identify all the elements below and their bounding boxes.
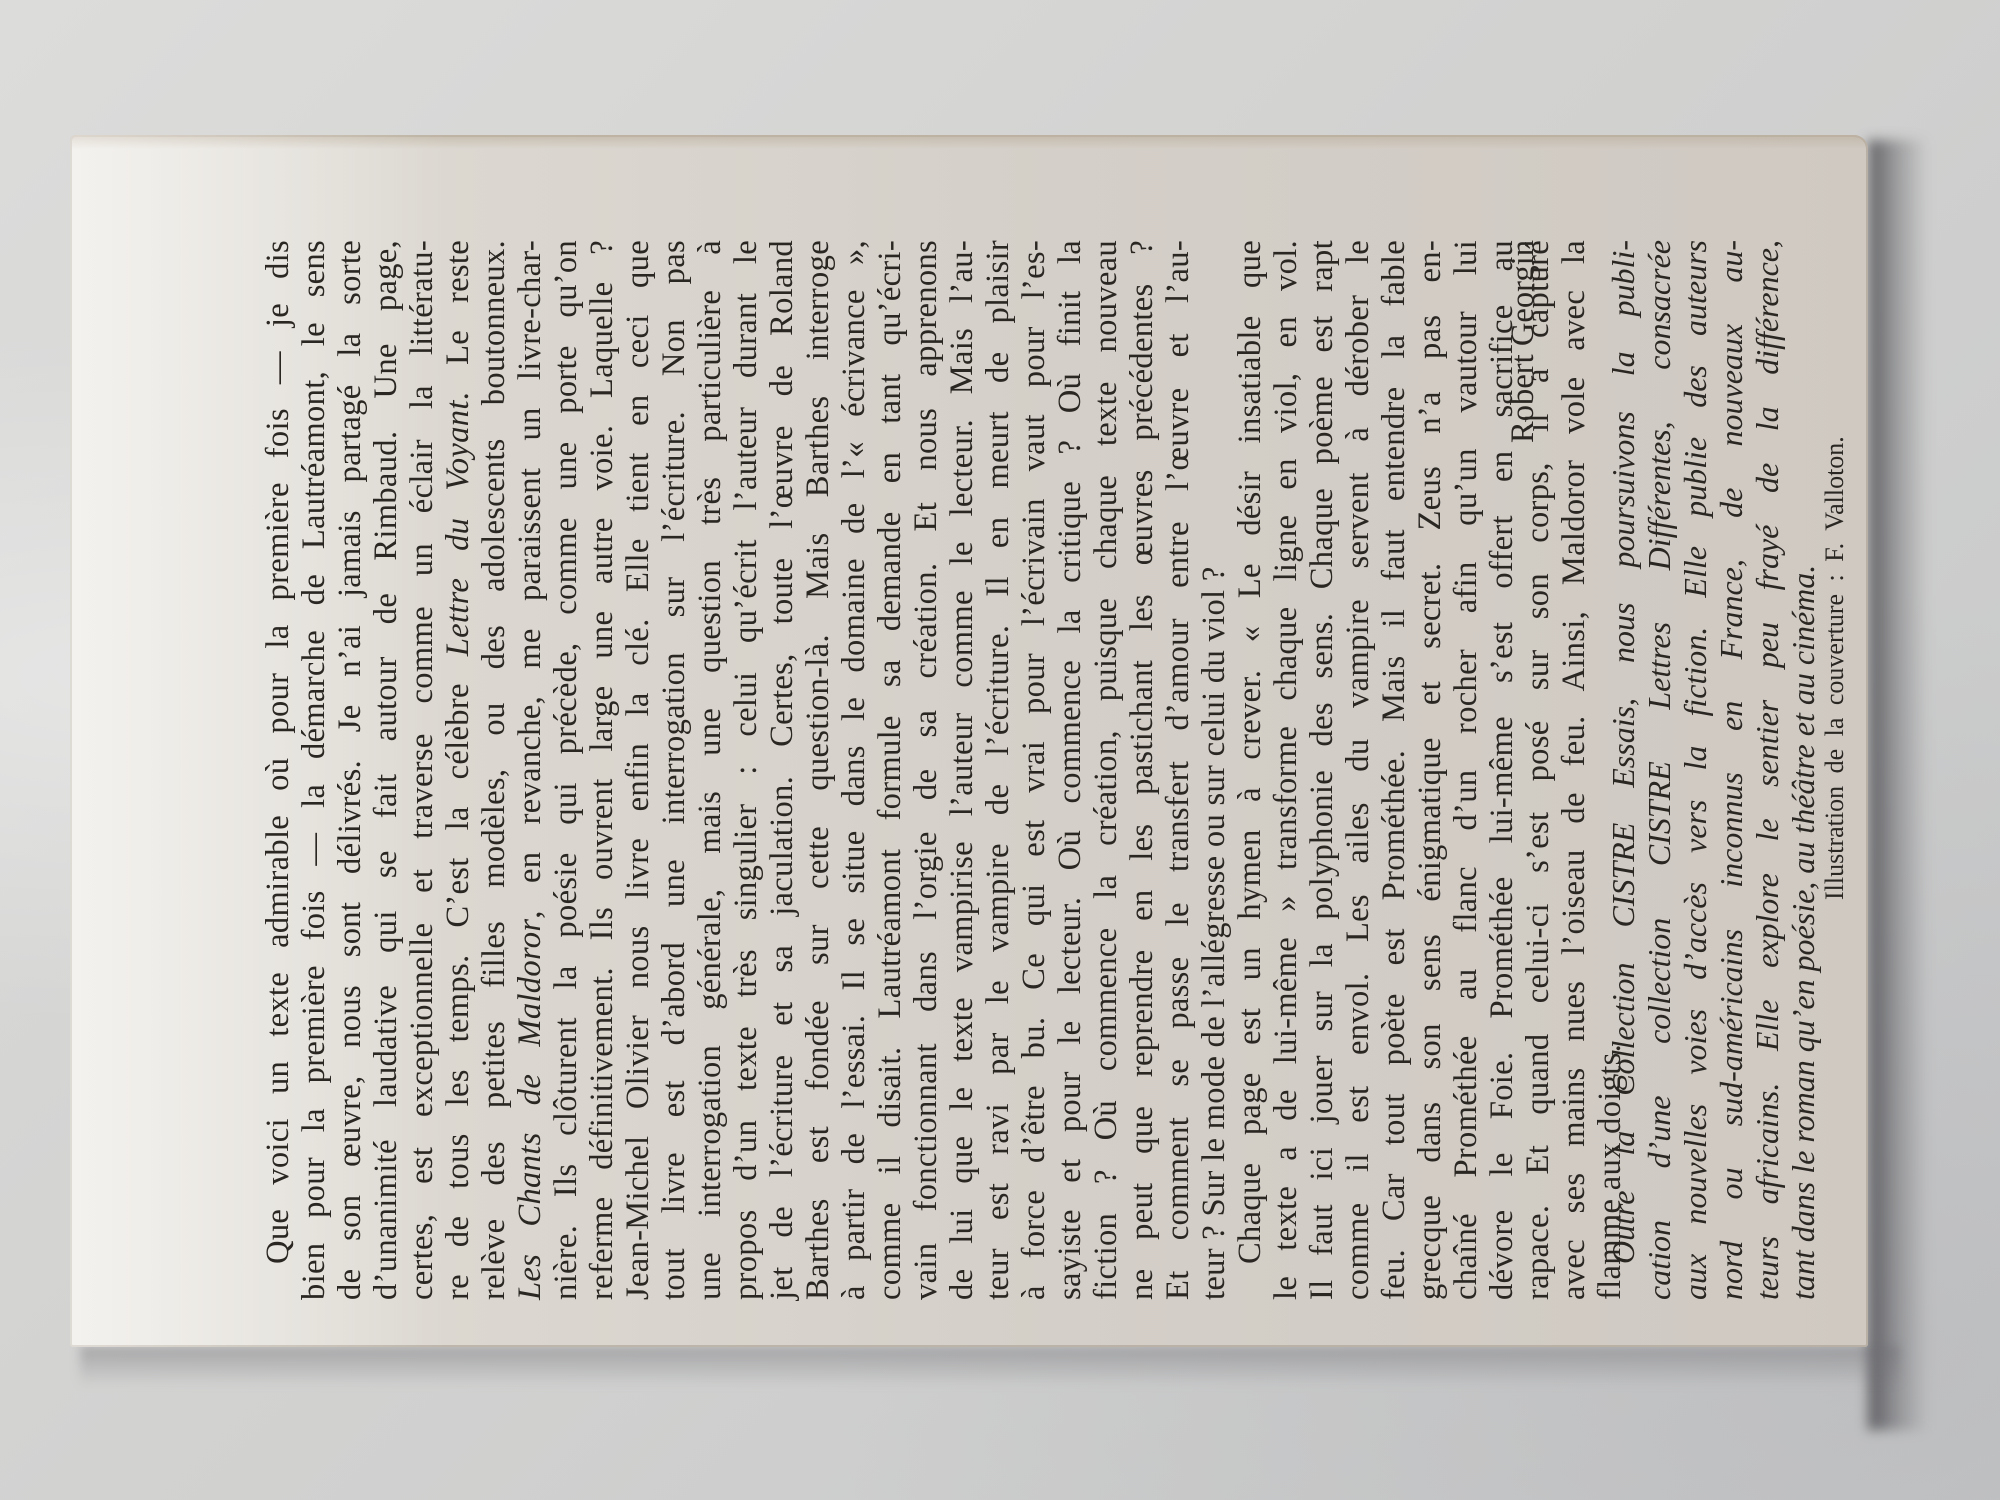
essay-line: referme définitivement. Ils ouvrent larg… xyxy=(584,240,620,1300)
book-title-chants-de-maldoror: Les Chants de Maldoror xyxy=(512,919,548,1300)
blurb-line: tant dans le roman qu’en poésie, au théâ… xyxy=(1785,240,1821,1300)
essay-line: feu. Car tout poète est Prométhée. Mais … xyxy=(1376,240,1412,1300)
essay-line: comme il est envol. Les ailes du vampire… xyxy=(1340,240,1376,1300)
author-signature: Robert Georgin xyxy=(1505,240,1542,1300)
essay-line: chaîné Prométhée au flanc d’un rocher af… xyxy=(1448,240,1484,1300)
essay-text: Que voici un texte admirable où pour la … xyxy=(260,240,1628,1300)
rotated-cover-text: Que voici un texte admirable où pour la … xyxy=(260,220,1880,1300)
essay-line: Les Chants de Maldoror, en revanche, me … xyxy=(512,240,548,1300)
essay-line: d’unanimité laudative qui se fait autour… xyxy=(368,240,404,1300)
essay-line-text: re de tous les temps. C’est la célèbre xyxy=(440,656,476,1300)
blurb-line: aux nouvelles voies d’accès vers la fict… xyxy=(1677,240,1713,1300)
essay-line-text: . Le reste xyxy=(440,240,476,400)
essay-line-text: , en revanche, me paraissent un livre-ch… xyxy=(512,240,548,919)
essay-line: Et comment se passe le transfert d’amour… xyxy=(1160,240,1196,1300)
essay-line: jet de l’écriture et sa jaculation. Cert… xyxy=(764,240,800,1300)
collection-blurb: Outre la Collection CISTRE Essais, nous … xyxy=(1605,240,1821,1300)
book-title-lettre-du-voyant: Lettre du Voyant xyxy=(440,400,476,656)
essay-line: avec ses mains nues l’oiseau de feu. Ain… xyxy=(1556,240,1592,1300)
essay-line: re de tous les temps. C’est la célèbre L… xyxy=(440,240,476,1300)
essay-line: tout livre est d’abord une interrogation… xyxy=(656,240,692,1300)
essay-line: certes, est exceptionnelle et traverse c… xyxy=(404,240,440,1300)
essay-line: Que voici un texte admirable où pour la … xyxy=(260,240,296,1300)
essay-line: comme il disait. Lautréamont formule sa … xyxy=(872,240,908,1300)
essay-line: sayiste et pour le lecteur. Où commence … xyxy=(1052,240,1088,1300)
essay-line: Barthes est fondée sur cette question-là… xyxy=(800,240,836,1300)
essay-line: relève des petites filles modèles, ou de… xyxy=(476,240,512,1300)
essay-line: à partir de l’essai. Il se situe dans le… xyxy=(836,240,872,1300)
essay-line: bien pour la première fois — la démarche… xyxy=(296,240,332,1300)
essay-line: nière. Ils clôturent la poésie qui précè… xyxy=(548,240,584,1300)
essay-line: propos d’un texte très singulier : celui… xyxy=(728,240,764,1300)
essay-line: Chaque page est un hymen à crever. « Le … xyxy=(1232,240,1268,1300)
essay-line: teur est ravi par le vampire de l’écritu… xyxy=(980,240,1016,1300)
essay-line: Il faut ici jouer sur la polyphonie des … xyxy=(1304,240,1340,1300)
book-shadow-bottom xyxy=(80,1346,1900,1386)
essay-line: fiction ? Où commence la création, puisq… xyxy=(1088,240,1124,1300)
essay-line: le texte a de lui-même » transforme chaq… xyxy=(1268,240,1304,1300)
essay-line: à force d’être bu. Ce qui est vrai pour … xyxy=(1016,240,1052,1300)
cover-illustration-credit: Illustration de la couverture : F. Vallo… xyxy=(1820,436,1850,900)
blurb-line: teurs africains. Elle explore le sentier… xyxy=(1749,240,1785,1300)
essay-line: de lui que le texte vampirise l’auteur c… xyxy=(944,240,980,1300)
blurb-line: Outre la Collection CISTRE Essais, nous … xyxy=(1605,240,1641,1300)
essay-line: vain fonctionnant dans l’orgie de sa cré… xyxy=(908,240,944,1300)
essay-line: une interrogation générale, mais une que… xyxy=(692,240,728,1300)
essay-line: teur ? Sur le mode de l’allégresse ou su… xyxy=(1196,240,1232,1300)
essay-line: Jean-Michel Olivier nous livre enfin la … xyxy=(620,240,656,1300)
essay-line: ne peut que reprendre en les pastichant … xyxy=(1124,240,1160,1300)
blurb-line: cation d’une collection CISTRE Lettres D… xyxy=(1641,240,1677,1300)
blurb-line: nord ou sud-américains inconnus en Franc… xyxy=(1713,240,1749,1300)
essay-line: grecque dans son sens énigmatique et sec… xyxy=(1412,240,1448,1300)
essay-line: de son œuvre, nous sont délivrés. Je n’a… xyxy=(332,240,368,1300)
